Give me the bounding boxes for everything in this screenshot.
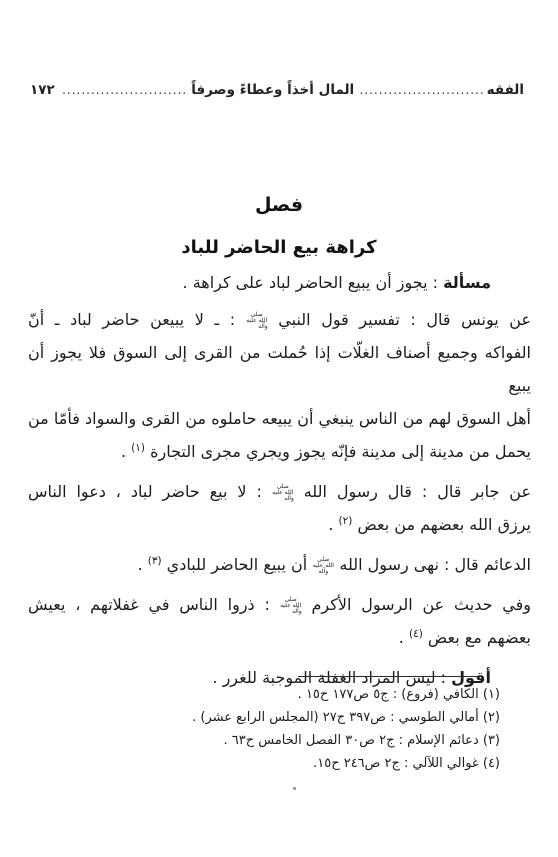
text-line: مسألة : يجوز أن يبيع الحاضر لباد على كرا… [28,266,531,299]
chapter-heading: كراهة بيع الحاضر للباد [0,237,558,258]
text-line: بعضهم مع بعض (٤) . [28,621,531,657]
text-segment: : يجوز أن يبيع الحاضر لباد على كراهة . [183,273,444,292]
footnote-item: (٣) دعائم الإسلام : ج٢ ص٣٠ الفصل الخامس … [40,729,500,752]
text-segment: يرزق الله بعضهم من بعض [352,515,531,534]
footnote-marker: (١) [131,442,145,454]
page-number: ١٧٢ [30,82,61,98]
text-segment: أن يبيع الحاضر للبادي [162,555,313,574]
text-segment: . [399,628,409,647]
prophet-salutation-symbol: صلى الله عليه وآله [312,557,334,575]
text-segment: : ذروا الناس في غفلاتهم ، يعيش [28,595,280,614]
footnote-marker: (٣) [148,555,162,567]
text-line: يحمل من مدينة إلى مدينة فإنّه يجوز ويجري… [28,435,531,471]
text-segment: : لا بيع حاضر لباد ، دعوا الناس [28,482,272,501]
footnote-separator-rule [298,676,478,677]
ink-speck [293,787,296,790]
paragraph: عن يونس قال : تفسير قول النبي صلى الله ع… [28,303,531,471]
text-segment: . [328,515,338,534]
text-segment: عن يونس قال : تفسير قول النبي [268,310,531,329]
text-segment: : ـ لا يبيعن حاضر لباد ـ أنّ [28,310,246,329]
text-segment: أهل السوق لهم من الناس ينبغي أن يبيعه حا… [28,409,531,428]
text-segment: الفواكه وجميع أصناف الغلّات إذا حُملت من… [28,343,531,395]
book-page-scan: الفقه ..................................… [0,0,558,857]
paragraph: عن جابر قال : قال رسول الله صلى الله علي… [28,475,531,544]
footnote-item: (١) الكافي (فروع) : ج٥ ص١٧٧ ح١٥ . [40,683,500,706]
text-segment: . [138,555,148,574]
book-title: الفقه [485,82,524,98]
body-text: مسألة : يجوز أن يبيع الحاضر لباد على كرا… [28,266,531,698]
text-line: عن جابر قال : قال رسول الله صلى الله علي… [28,475,531,508]
section-heading: فصل [0,194,558,216]
running-header: الفقه ..................................… [30,82,524,98]
running-title: المال أخذاً وعطاءً وصرفاً [187,82,358,98]
text-line: الدعائم قال : نهى رسول الله صلى الله علي… [28,548,531,584]
text-line: يرزق الله بعضهم من بعض (٢) . [28,508,531,544]
prophet-salutation-symbol: صلى الله عليه وآله [280,597,302,615]
text-segment: عن جابر قال : قال رسول الله [294,482,531,501]
paragraph: وفي حديث عن الرسول الأكرم صلى الله عليه … [28,588,531,657]
text-line: أهل السوق لهم من الناس ينبغي أن يبيعه حا… [28,402,531,435]
text-segment: الدعائم قال : نهى رسول الله [334,555,531,574]
text-segment: وفي حديث عن الرسول الأكرم [302,595,531,614]
paragraph: مسألة : يجوز أن يبيع الحاضر لباد على كرا… [28,266,531,299]
text-line: الفواكه وجميع أصناف الغلّات إذا حُملت من… [28,336,531,402]
text-segment: . [121,442,131,461]
footnote-marker: (٢) [339,515,353,527]
text-segment: بعضهم مع بعض [423,628,531,647]
text-line: وفي حديث عن الرسول الأكرم صلى الله عليه … [28,588,531,621]
footnote-item: (٤) غوالي اللآلي : ج٢ ص٢٤٦ ح١٥. [40,752,500,775]
prophet-salutation-symbol: صلى الله عليه وآله [272,484,294,502]
footnote-marker: (٤) [409,628,423,640]
leader-dots-right: .................................... [358,83,485,97]
leader-dots-left: .................................... [61,83,188,97]
paragraph: الدعائم قال : نهى رسول الله صلى الله علي… [28,548,531,584]
footnotes-list: (١) الكافي (فروع) : ج٥ ص١٧٧ ح١٥ .(٢) أما… [40,683,500,775]
footnote-item: (٢) أمالي الطوسي : ص٣٩٧ ح٢٧ (المجلس الرا… [40,706,500,729]
text-segment: يحمل من مدينة إلى مدينة فإنّه يجوز ويجري… [145,442,531,461]
text-line: عن يونس قال : تفسير قول النبي صلى الله ع… [28,303,531,336]
prophet-salutation-symbol: صلى الله عليه وآله [246,312,268,330]
text-segment: مسألة [443,273,491,292]
